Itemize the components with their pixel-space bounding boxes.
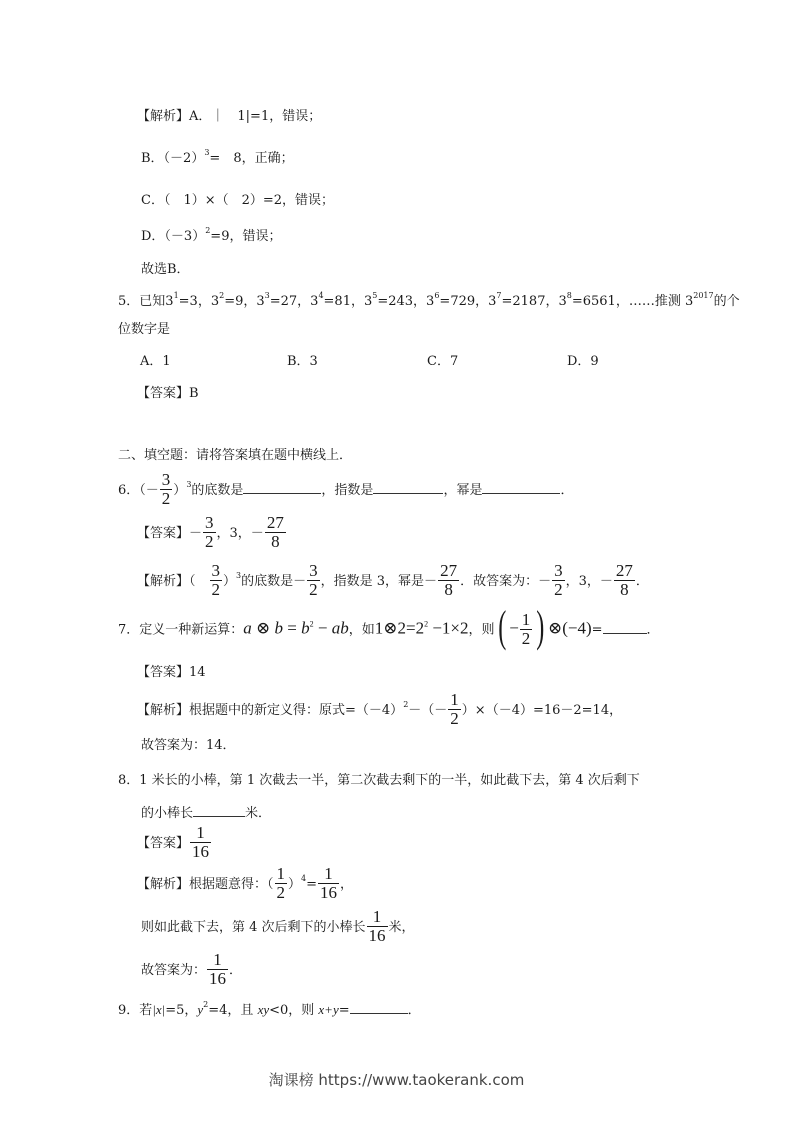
text: ）×（－4）=16－2=14，: [462, 703, 622, 718]
fraction: 12: [448, 691, 461, 728]
fraction: 32: [160, 471, 173, 508]
text: ，则: [469, 623, 495, 638]
text: （－: [139, 483, 159, 498]
math-var: |x|: [152, 1002, 165, 1017]
text: 米，: [389, 920, 415, 935]
q4-analysis-b: B．（－2）3= 8，正确；: [141, 150, 294, 168]
q5-option-a: A．1: [140, 353, 171, 371]
fraction: 32: [552, 562, 565, 599]
text: 根据题意得：（: [189, 877, 274, 892]
q4-analysis-a: 【解析】A．｜ 1|=1，错误；: [137, 108, 321, 126]
math-op: =: [283, 619, 301, 638]
denominator: 2: [552, 581, 565, 599]
fraction: 32: [210, 562, 223, 599]
text: ，指数是 3，幂是－: [321, 574, 437, 589]
answer-blank[interactable]: [193, 803, 245, 817]
q8-stem-line2: 的小棒长米．: [141, 803, 271, 823]
text: ）: [173, 483, 186, 498]
analysis-label: 【解析】: [137, 703, 189, 718]
text: 的小棒长: [141, 806, 193, 821]
denominator: 2: [448, 710, 461, 728]
q9-stem: 9．若|x|=5，y2=4，且 xy<0，则 x+y=．: [118, 1000, 421, 1020]
numerator: 1: [275, 865, 288, 884]
fraction: 278: [265, 514, 286, 551]
text: =2187，3: [502, 294, 567, 309]
text: =243，3: [377, 294, 434, 309]
math-var: ab: [332, 619, 349, 638]
numerator: 3: [552, 562, 565, 581]
text: ．故答案为：－: [460, 574, 551, 589]
text: 若: [139, 1003, 152, 1018]
fraction: 12: [275, 865, 288, 902]
numerator: 27: [265, 514, 286, 533]
denominator: 2: [275, 884, 288, 902]
question-number: 7．: [118, 623, 139, 638]
denominator: 2: [520, 630, 533, 648]
text: D．（－3）: [141, 229, 205, 244]
text: （: [189, 574, 209, 589]
text: =729，3: [439, 294, 496, 309]
text: =9，错误；: [210, 229, 281, 244]
text: ）: [288, 877, 301, 892]
section-heading: 二、填空题：请将答案填在题中横线上．: [118, 447, 352, 465]
text: ，: [340, 877, 353, 892]
q6-analysis: 【解析】（ 32）3的底数是－32，指数是 3，幂是－278．故答案为：－32，…: [137, 563, 649, 600]
analysis-label: 【解析】: [137, 109, 189, 124]
denominator: 2: [210, 581, 223, 599]
numerator: 1: [190, 824, 211, 843]
numerator: 1: [367, 908, 388, 927]
fraction: 278: [438, 562, 459, 599]
text: B．（－2）: [141, 151, 204, 166]
text: =5，: [165, 1003, 197, 1018]
q8-stem: 8．1 米长的小棒，第 1 次截去一半，第二次截去剩下的一半，如此截下去，第 4…: [118, 772, 640, 790]
text: =9，3: [224, 294, 264, 309]
otimes-operator: ⊗: [252, 619, 275, 638]
q7-answer: 【答案】14: [137, 664, 206, 682]
q4-analysis-d: D．（－3）2=9，错误；: [141, 228, 281, 246]
q8-conclusion: 故答案为：116．: [141, 952, 242, 989]
text: ，如: [349, 623, 375, 638]
numerator: 3: [210, 562, 223, 581]
math-var: a: [243, 619, 252, 638]
q5-option-c: C．7: [427, 353, 458, 371]
text: ．: [560, 483, 573, 498]
text: ．: [408, 1003, 421, 1018]
numerator: 3: [307, 562, 320, 581]
denominator: 16: [367, 927, 388, 945]
question-number: 5．: [118, 294, 139, 309]
text: =6561，……推测 3: [572, 294, 693, 309]
text: 已知3: [139, 294, 173, 309]
question-number: 6．: [118, 483, 139, 498]
text: －（－: [408, 703, 447, 718]
math-var: x+y: [318, 1002, 338, 1017]
math-example: 1⊗2=2: [375, 619, 424, 638]
text: 故答案为：: [141, 963, 206, 978]
answer-label: 【答案】: [137, 665, 189, 680]
denominator: 8: [438, 581, 459, 599]
text: －: [189, 526, 202, 541]
text: ）: [223, 574, 236, 589]
text: 定义一种新运算：: [139, 623, 243, 638]
text: =: [306, 877, 317, 892]
text: ，3，－: [217, 526, 264, 541]
text: 的底数是－: [241, 574, 306, 589]
math-arg: (−4): [562, 619, 591, 638]
q5-answer: 【答案】B: [137, 385, 199, 403]
text: <0，则: [269, 1003, 318, 1018]
q8-analysis-line2: 则如此截下去，第 4 次后剩下的小棒长116米，: [141, 909, 415, 946]
analysis-label: 【解析】: [137, 877, 189, 892]
q8-analysis: 【解析】根据题意得：（12）4=116，: [137, 866, 353, 903]
math-op: −: [509, 619, 519, 638]
question-number: 9．: [118, 1003, 139, 1018]
q6-answer: 【答案】－32，3，－278: [137, 515, 287, 552]
q8-answer: 【答案】116: [137, 825, 212, 862]
text: =4，且: [208, 1003, 257, 1018]
q5-option-d: D．9: [567, 353, 599, 371]
math-var: b: [275, 619, 284, 638]
analysis-label: 【解析】: [137, 574, 189, 589]
math-example: −1×2: [428, 619, 468, 638]
denominator: 8: [265, 533, 286, 551]
fraction: 116: [367, 908, 388, 945]
text: =27，3: [270, 294, 319, 309]
text: 则如此截下去，第 4 次后剩下的小棒长: [141, 920, 366, 935]
text: 的个: [714, 294, 740, 309]
answer-label: 【答案】: [137, 386, 189, 401]
answer-value: B: [189, 386, 199, 401]
text: =: [339, 1003, 350, 1018]
left-paren: (: [498, 607, 506, 647]
fraction: 116: [318, 865, 339, 902]
text: = 8，正确；: [209, 151, 293, 166]
math-var: xy: [258, 1002, 270, 1017]
q7-conclusion: 故答案为：14．: [141, 737, 236, 755]
fraction: 116: [190, 824, 211, 861]
otimes-operator: ⊗: [548, 619, 562, 638]
q7-stem: 7．定义一种新运算：a ⊗ b = b2 − ab，如1⊗2=22 −1×2，则…: [118, 610, 660, 650]
numerator: 1: [318, 865, 339, 884]
numerator: 27: [614, 562, 635, 581]
q5-option-b: B．3: [287, 353, 318, 371]
exponent: 2017: [693, 291, 713, 300]
q4-conclusion: 故选B．: [141, 261, 190, 279]
q5-stem: 5．已知31=3，32=9，33=27，34=81，35=243，36=729，…: [118, 293, 740, 311]
answer-value: 14: [189, 665, 206, 680]
text: ，3，－: [566, 574, 613, 589]
numerator: 1: [520, 611, 533, 630]
text: 米．: [245, 806, 271, 821]
text: =3，3: [179, 294, 219, 309]
denominator: 2: [160, 490, 173, 508]
text: ．: [647, 623, 660, 638]
math-var: b: [301, 619, 310, 638]
right-paren: ): [537, 607, 545, 647]
numerator: 1: [207, 951, 228, 970]
text: 根据题中的新定义得：原式=（－4）: [189, 703, 403, 718]
answer-blank-power[interactable]: [482, 480, 560, 494]
text: 的底数是: [191, 483, 243, 498]
denominator: 2: [307, 581, 320, 599]
q5-stem-line2: 位数字是: [118, 321, 170, 339]
answer-blank[interactable]: [350, 1000, 408, 1014]
fraction: 12: [520, 611, 533, 648]
denominator: 2: [203, 533, 216, 551]
text: ，幂是: [443, 483, 482, 498]
answer-blank[interactable]: [603, 620, 647, 634]
fraction: 116: [207, 951, 228, 988]
text: =: [592, 623, 603, 638]
text: ．: [229, 963, 242, 978]
q7-analysis: 【解析】根据题中的新定义得：原式=（－4）2－（－12）×（－4）=16－2=1…: [137, 692, 622, 729]
q4-analysis-c: C．（ 1）×（ 2）=2，错误；: [141, 192, 334, 210]
fraction: 32: [307, 562, 320, 599]
answer-blank-exponent[interactable]: [373, 480, 443, 494]
denominator: 8: [614, 581, 635, 599]
answer-label: 【答案】: [137, 526, 189, 541]
numerator: 3: [203, 514, 216, 533]
text: ．: [636, 574, 649, 589]
option-a-analysis: A．｜ 1|=1，错误；: [189, 109, 321, 124]
numerator: 3: [160, 471, 173, 490]
text: =81，3: [324, 294, 373, 309]
question-number: 8．: [118, 773, 139, 788]
numerator: 27: [438, 562, 459, 581]
numerator: 1: [448, 691, 461, 710]
denominator: 16: [190, 843, 211, 861]
text: ，指数是: [321, 483, 373, 498]
fraction: 278: [614, 562, 635, 599]
answer-label: 【答案】: [137, 836, 189, 851]
answer-blank-base[interactable]: [243, 480, 321, 494]
denominator: 16: [318, 884, 339, 902]
math-op: −: [314, 619, 332, 638]
denominator: 16: [207, 970, 228, 988]
q6-stem: 6．（－32）3的底数是，指数是，幂是．: [118, 472, 573, 509]
footer-watermark: 淘课榜 https://www.taokerank.com: [0, 1069, 793, 1090]
text: 1 米长的小棒，第 1 次截去一半，第二次截去剩下的一半，如此截下去，第 4 次…: [139, 773, 639, 788]
fraction: 32: [203, 514, 216, 551]
